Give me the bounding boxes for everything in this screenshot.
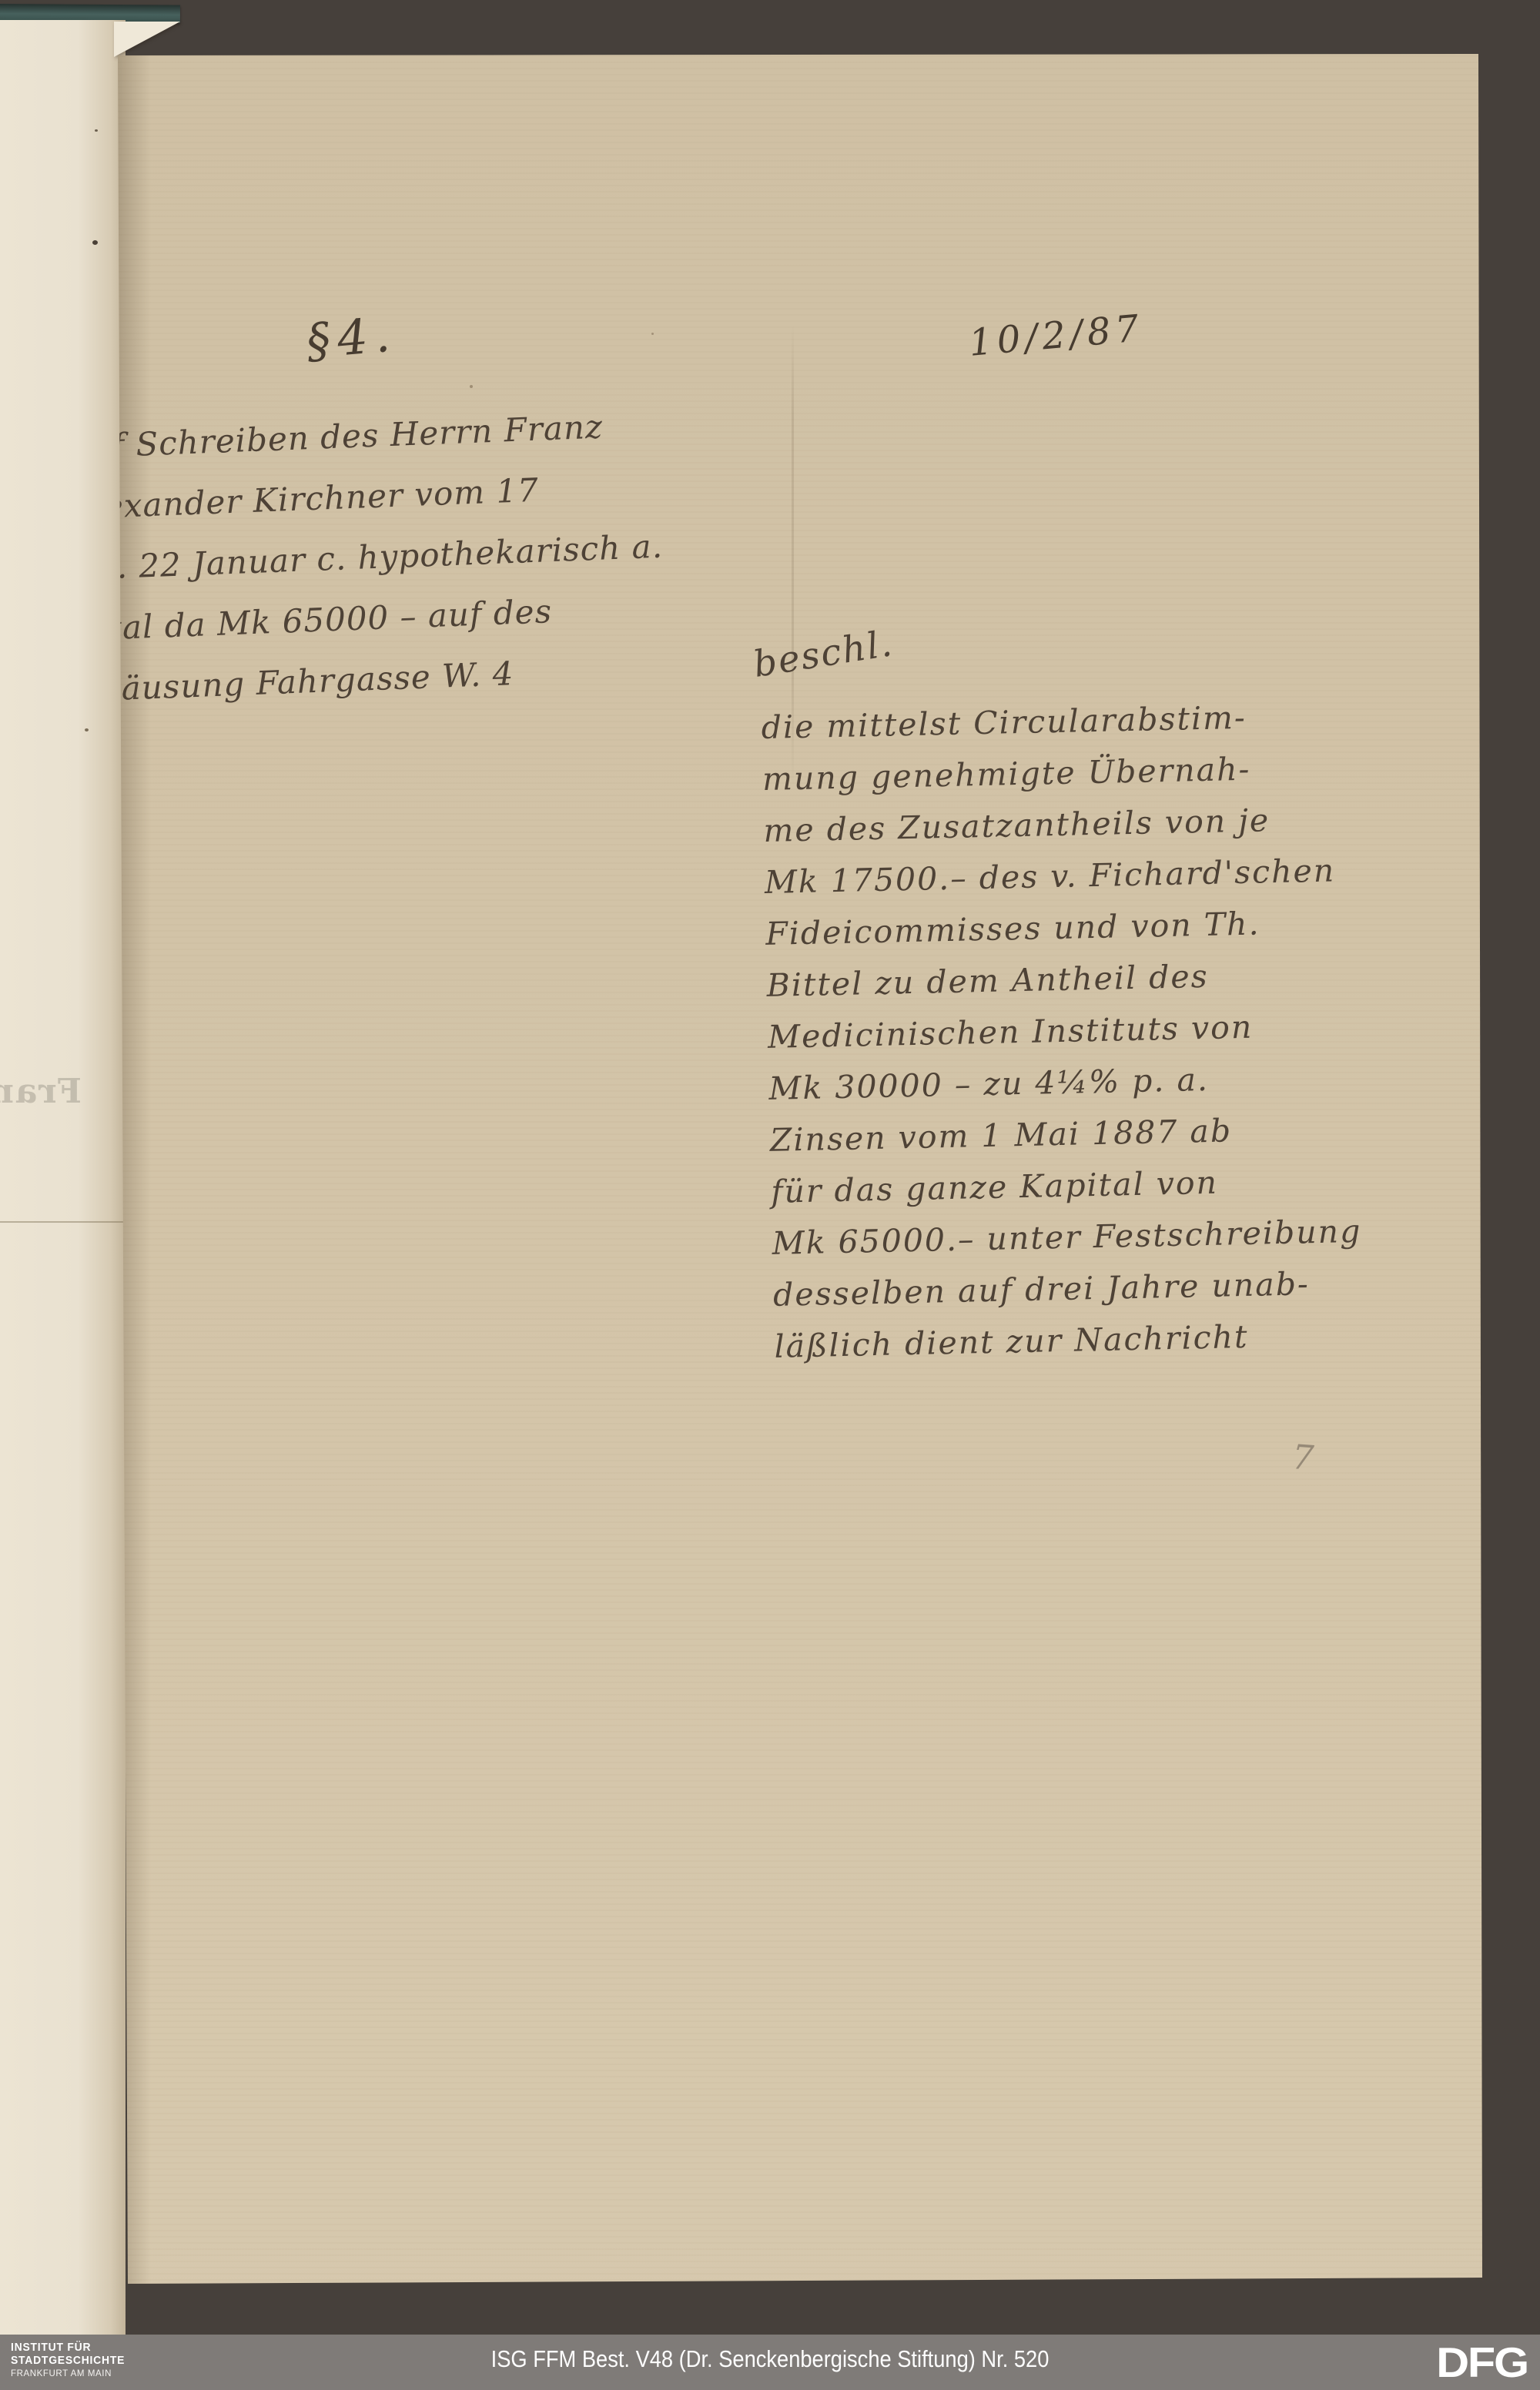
paper-speck [92, 240, 98, 245]
facing-page-crease [0, 1221, 123, 1223]
paper-speck [651, 333, 654, 335]
facing-page-edge: Fran [0, 20, 126, 2335]
decision-abbreviation: beschl. [751, 622, 896, 686]
margin-note: uf Schreiben des Herrn Franz lexander Ki… [89, 394, 668, 720]
footer-bar: INSTITUT FÜR STADTGESCHICHTE FRANKFURT A… [0, 2335, 1540, 2390]
scan-viewport: Fran §4. 10/2/87 uf Schreiben des Herrn … [0, 0, 1540, 2390]
pencil-page-number: 7 [1291, 1438, 1314, 1478]
document-date: 10/2/87 [967, 306, 1145, 365]
facing-page-folded-corner [114, 22, 180, 57]
archive-caption: ISG FFM Best. V48 (Dr. Senckenbergische … [92, 2345, 1448, 2373]
dfg-logo: DFG [1436, 2338, 1528, 2387]
decision-text: die mittelst Circularabstim- mung genehm… [761, 690, 1364, 1373]
paper-speck [95, 129, 98, 132]
paper-speck [85, 728, 89, 731]
paper-speck [470, 385, 473, 388]
document-page: §4. 10/2/87 uf Schreiben des Herrn Franz… [0, 0, 1540, 2390]
section-heading: §4. [304, 306, 399, 370]
bleedthrough-text: Fran [0, 1072, 82, 1126]
